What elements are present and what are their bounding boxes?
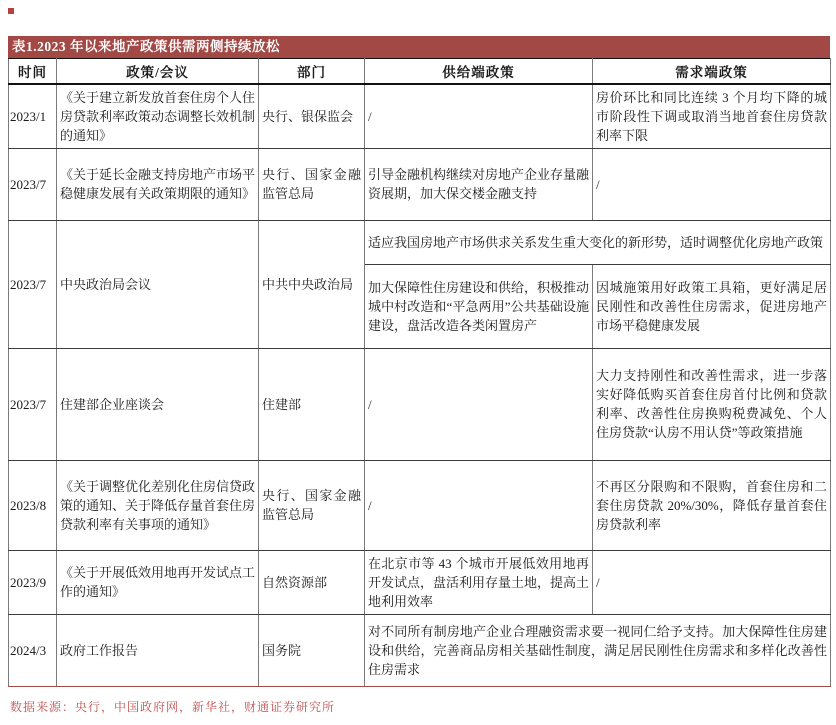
cell-dept: 国务院 [259,614,365,686]
policy-table-container: 表1.2023 年以来地产政策供需两侧持续放松 时间 政策/会议 部门 供给端政… [8,36,830,687]
cell-supply: 加大保障性住房建设和供给，积极推动城中村改造和“平急两用”公共基础设施建设，盘活… [365,264,593,348]
cell-supply: / [365,348,593,460]
table-row: 2023/7 中央政治局会议 中共中央政治局 适应我国房地产市场供求关系发生重大… [9,220,831,264]
table-title: 表1.2023 年以来地产政策供需两侧持续放松 [8,36,830,58]
cell-policy: 政府工作报告 [57,614,259,686]
data-source-note: 数据来源：央行，中国政府网，新华社，财通证券研究所 [10,698,335,715]
cell-time: 2024/3 [9,614,57,686]
cell-demand: / [593,148,831,220]
cell-supply: 引导金融机构继续对房地产企业存量融资展期，加大保交楼金融支持 [365,148,593,220]
table-row: 2023/8 《关于调整优化差别化住房信贷政策的通知、关于降低存量首套住房贷款利… [9,460,831,550]
cell-demand: 房价环比和同比连续 3 个月均下降的城市阶段性下调或取消当地首套住房贷款利率下限 [593,84,831,148]
cell-demand: / [593,550,831,614]
cell-dept: 中共中央政治局 [259,220,365,348]
cell-policy: 中央政治局会议 [57,220,259,348]
table-row: 2023/1 《关于建立新发放首套住房个人住房贷款利率政策动态调整长效机制的通知… [9,84,831,148]
cell-demand: 因城施策用好政策工具箱，更好满足居民刚性和改善性住房需求，促进房地产市场平稳健康… [593,264,831,348]
cell-policy: 《关于开展低效用地再开发试点工作的通知》 [57,550,259,614]
col-header-dept: 部门 [259,59,365,85]
cell-demand: 不再区分限购和不限购，首套住房和二套住房贷款 20%/30%，降低存量首套住房贷… [593,460,831,550]
cell-supply: / [365,460,593,550]
table-row: 2023/9 《关于开展低效用地再开发试点工作的通知》 自然资源部 在北京市等 … [9,550,831,614]
header-row: 时间 政策/会议 部门 供给端政策 需求端政策 [9,59,831,85]
cell-demand: 大力支持刚性和改善性需求，进一步落实好降低购买首套住房首付比例和贷款利率、改善性… [593,348,831,460]
cell-supply: 在北京市等 43 个城市开展低效用地再开发试点，盘活利用存量土地，提高土地利用效… [365,550,593,614]
policy-table: 时间 政策/会议 部门 供给端政策 需求端政策 2023/1 《关于建立新发放首… [8,58,831,687]
col-header-supply: 供给端政策 [365,59,593,85]
cell-policy: 住建部企业座谈会 [57,348,259,460]
red-bullet-icon [8,8,14,14]
cell-time: 2023/7 [9,220,57,348]
cell-joint: 适应我国房地产市场供求关系发生重大变化的新形势，适时调整优化房地产政策 [365,220,831,264]
table-header: 时间 政策/会议 部门 供给端政策 需求端政策 [9,59,831,85]
cell-joint: 对不同所有制房地产企业合理融资需求要一视同仁给予支持。加大保障性住房建设和供给，… [365,614,831,686]
col-header-policy: 政策/会议 [57,59,259,85]
cell-policy: 《关于调整优化差别化住房信贷政策的通知、关于降低存量首套住房贷款利率有关事项的通… [57,460,259,550]
cell-dept: 央行、国家金融监管总局 [259,460,365,550]
col-header-time: 时间 [9,59,57,85]
cell-time: 2023/1 [9,84,57,148]
cell-time: 2023/7 [9,348,57,460]
table-row: 2023/7 住建部企业座谈会 住建部 / 大力支持刚性和改善性需求，进一步落实… [9,348,831,460]
table-row: 2024/3 政府工作报告 国务院 对不同所有制房地产企业合理融资需求要一视同仁… [9,614,831,686]
cell-dept: 央行、国家金融监管总局 [259,148,365,220]
cell-policy: 《关于延长金融支持房地产市场平稳健康发展有关政策期限的通知》 [57,148,259,220]
cell-policy: 《关于建立新发放首套住房个人住房贷款利率政策动态调整长效机制的通知》 [57,84,259,148]
cell-dept: 自然资源部 [259,550,365,614]
cell-time: 2023/7 [9,148,57,220]
cell-time: 2023/9 [9,550,57,614]
cell-dept: 住建部 [259,348,365,460]
cell-dept: 央行、银保监会 [259,84,365,148]
col-header-demand: 需求端政策 [593,59,831,85]
cell-time: 2023/8 [9,460,57,550]
cell-supply: / [365,84,593,148]
table-row: 2023/7 《关于延长金融支持房地产市场平稳健康发展有关政策期限的通知》 央行… [9,148,831,220]
